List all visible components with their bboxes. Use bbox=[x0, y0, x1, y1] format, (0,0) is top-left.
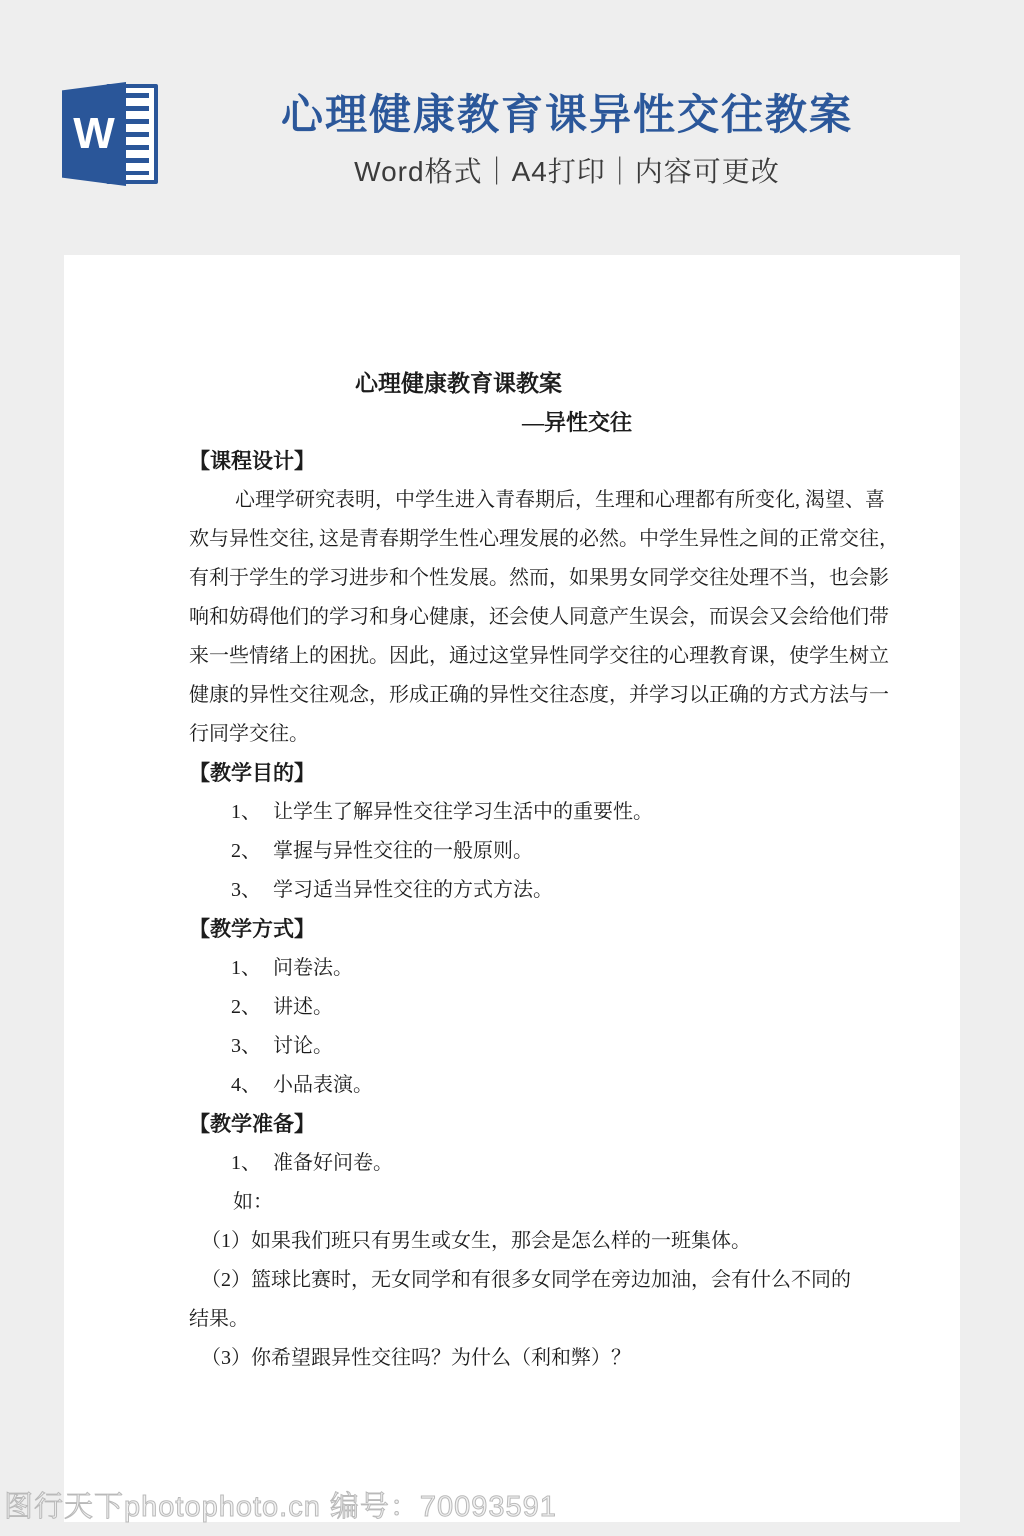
paragraph-line: 行同学交往。 bbox=[189, 715, 837, 754]
question-line: （1）如果我们班只有男生或女生，那会是怎么样的一班集体。 bbox=[201, 1222, 837, 1261]
list-item: 4、小品表演。 bbox=[231, 1066, 837, 1105]
list-item-number: 1、 bbox=[231, 1152, 261, 1174]
paragraph-line: 有利于学生的学习进步和个性发展。然而，如果男女同学交往处理不当，也会影 bbox=[189, 559, 837, 598]
doc-subtitle: —异性交往 bbox=[522, 403, 837, 442]
header: W 心理健康教育课异性交往教案 Word格式｜A4打印｜内容可更改 bbox=[0, 0, 1024, 255]
site-watermark: 图行天下photophoto.cn 编号：70093591 bbox=[4, 1484, 557, 1525]
section-heading-teaching-goals: 【教学目的】 bbox=[189, 754, 837, 793]
list-item-text: 讨论。 bbox=[273, 1035, 333, 1057]
section-heading-course-design: 【课程设计】 bbox=[189, 442, 837, 481]
list-item: 3、学习适当异性交往的方式方法。 bbox=[231, 871, 837, 910]
list-item: 1、问卷法。 bbox=[231, 949, 837, 988]
section-heading-teaching-methods: 【教学方式】 bbox=[189, 910, 837, 949]
section-heading-teaching-prep: 【教学准备】 bbox=[189, 1105, 837, 1144]
list-item-text: 让学生了解异性交往学习生活中的重要性。 bbox=[273, 801, 653, 823]
paragraph-line: 健康的异性交往观念，形成正确的异性交往态度，并学习以正确的方式方法与一 bbox=[189, 676, 837, 715]
list-item: 2、讲述。 bbox=[231, 988, 837, 1027]
paragraph-line: 来一些情绪上的困扰。因此，通过这堂异性同学交往的心理教育课，使学生树立 bbox=[189, 637, 837, 676]
list-item-text: 学习适当异性交往的方式方法。 bbox=[273, 879, 553, 901]
page-subtitle: Word格式｜A4打印｜内容可更改 bbox=[110, 150, 1024, 190]
paragraph-line: 心理学研究表明，中学生进入青春期后，生理和心理都有所变化, 渴望、喜 bbox=[189, 481, 837, 520]
list-item-text: 讲述。 bbox=[273, 996, 333, 1018]
list-item-number: 1、 bbox=[231, 801, 261, 823]
list-item-number: 2、 bbox=[231, 840, 261, 862]
list-item-number: 3、 bbox=[231, 1035, 261, 1057]
list-item: 1、让学生了解异性交往学习生活中的重要性。 bbox=[231, 793, 837, 832]
word-logo-panel: W bbox=[62, 82, 126, 186]
example-label: 如： bbox=[233, 1183, 837, 1222]
list-item-text: 掌握与异性交往的一般原则。 bbox=[273, 840, 533, 862]
list-item-text: 问卷法。 bbox=[273, 957, 353, 979]
list-item-number: 1、 bbox=[231, 957, 261, 979]
doc-title: 心理健康教育课教案 bbox=[355, 364, 837, 403]
list-item: 3、讨论。 bbox=[231, 1027, 837, 1066]
list-item: 2、掌握与异性交往的一般原则。 bbox=[231, 832, 837, 871]
question-line: （3）你希望跟异性交往吗？为什么（利和弊）？ bbox=[201, 1339, 837, 1378]
page-title: 心理健康教育课异性交往教案 bbox=[110, 90, 1024, 140]
paragraph-line: 欢与异性交往, 这是青春期学生性心理发展的必然。中学生异性之间的正常交往， bbox=[189, 520, 837, 559]
question-line: （2）篮球比赛时，无女同学和有很多女同学在旁边加油，会有什么不同的 bbox=[201, 1261, 837, 1300]
list-item-text: 准备好问卷。 bbox=[273, 1152, 393, 1174]
document-content: 心理健康教育课教案 —异性交往 【课程设计】 心理学研究表明，中学生进入青春期后… bbox=[189, 364, 837, 1378]
list-item: 1、准备好问卷。 bbox=[231, 1144, 837, 1183]
paragraph-line: 响和妨碍他们的学习和身心健康，还会使人同意产生误会，而误会又会给他们带 bbox=[189, 598, 837, 637]
question-continuation-line: 结果。 bbox=[189, 1300, 837, 1339]
list-item-number: 3、 bbox=[231, 879, 261, 901]
list-item-text: 小品表演。 bbox=[273, 1074, 373, 1096]
list-item-number: 2、 bbox=[231, 996, 261, 1018]
document-page: 心理健康教育课教案 —异性交往 【课程设计】 心理学研究表明，中学生进入青春期后… bbox=[64, 255, 960, 1522]
header-text: 心理健康教育课异性交往教案 Word格式｜A4打印｜内容可更改 bbox=[110, 90, 1024, 190]
list-item-number: 4、 bbox=[231, 1074, 261, 1096]
word-logo-letter: W bbox=[73, 112, 115, 156]
